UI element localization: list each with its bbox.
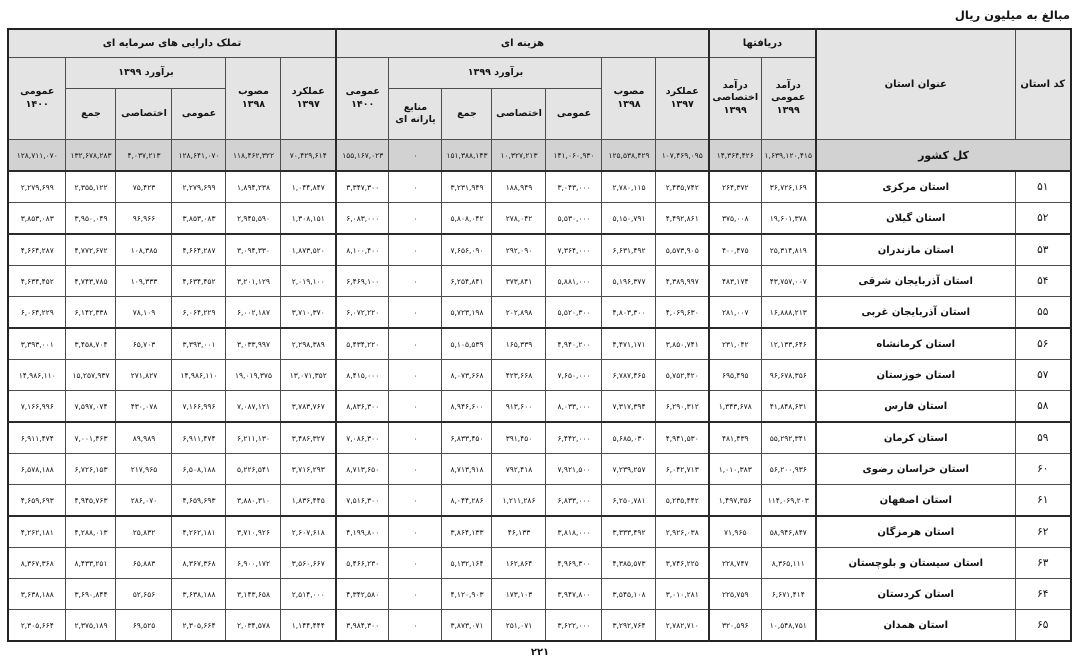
province-name: استان آذربایجان غربی (816, 297, 1015, 329)
table-body: کل کشور۱,۶۳۹,۱۲۰,۴۱۵۱۴,۳۶۴,۴۲۶۱۰۷,۴۶۹,۰۹… (8, 140, 1071, 642)
expense-est1399-total-cell: ۶,۸۳۳,۴۵۰ (442, 422, 492, 454)
capital-est1399-special-cell: ۷۵,۴۲۳ (116, 171, 172, 203)
revenue-general-1399-cell: ۱۱۴,۰۶۹,۲۰۳ (761, 485, 816, 517)
capital-approved-1398-cell: ۱,۸۹۴,۲۳۸ (226, 171, 281, 203)
capital-approved-1398-cell: ۳,۰۳۳,۹۹۷ (226, 328, 281, 360)
capital-perf-1397-cell: ۱,۸۷۳,۵۲۰ (281, 234, 336, 266)
expense-est1399-special-cell: ۱۶۵,۳۳۹ (492, 328, 546, 360)
capital-general-1400-cell: ۱۲۸,۷۱۱,۰۷۰ (8, 140, 66, 172)
expense-est1399-general-cell: ۵,۵۳۰,۰۰۰ (546, 203, 602, 235)
header-capital-perf-1397: عملکرد ۱۳۹۷ (281, 58, 336, 140)
budget-table: کد استان عنوان استان دریافتها هزینه ای ت… (7, 28, 1072, 642)
province-name: استان سیستان و بلوچستان (816, 548, 1015, 579)
expense-est1399-special-cell: ۲۷۸,۰۴۲ (492, 203, 546, 235)
province-name: استان مازندران (816, 234, 1015, 266)
expense-general-1400-cell: ۴,۳۴۲,۵۸۰ (336, 579, 389, 610)
revenue-special-1399-cell: ۴۸۱,۴۳۹ (709, 422, 761, 454)
header-expense-special: اختصاصی (492, 89, 546, 140)
capital-est1399-special-cell: ۴۳۰,۰۷۸ (116, 391, 172, 423)
province-code: ۵۵ (1015, 297, 1071, 329)
expense-subsidy-sources-cell: ۰ (389, 171, 442, 203)
province-code: ۵۷ (1015, 360, 1071, 391)
header-province-name: عنوان استان (816, 29, 1015, 140)
capital-general-1400-cell: ۶,۰۶۴,۲۲۹ (8, 297, 66, 329)
expense-est1399-general-cell: ۳,۸۱۸,۰۰۰ (546, 516, 602, 548)
capital-est1399-general-cell: ۴,۶۵۹,۶۹۳ (172, 485, 226, 517)
expense-perf-1397-cell: ۳,۰۱۰,۲۸۱ (656, 579, 709, 610)
expense-est1399-total-cell: ۸,۰۷۳,۶۶۸ (442, 360, 492, 391)
expense-est1399-special-cell: ۹۱۳,۶۰۰ (492, 391, 546, 423)
capital-est1399-total-cell: ۷,۵۹۷,۰۷۴ (66, 391, 116, 423)
expense-est1399-total-cell: ۸,۷۱۳,۹۱۸ (442, 454, 492, 485)
expense-subsidy-sources-cell: ۰ (389, 579, 442, 610)
document-page: مبالغ به میلیون ریال کد استان عنوان استا… (0, 0, 1080, 658)
expense-approved-1398-cell: ۴,۸۰۳,۳۰۰ (602, 297, 656, 329)
province-name: استان فارس (816, 391, 1015, 423)
revenue-special-1399-cell: ۷۱,۹۶۵ (709, 516, 761, 548)
header-expense-estimate-1399: برآورد ۱۳۹۹ (389, 58, 602, 89)
expense-est1399-total-cell: ۸,۰۴۴,۲۸۶ (442, 485, 492, 517)
capital-est1399-total-cell: ۳,۴۵۸,۷۰۴ (66, 328, 116, 360)
expense-perf-1397-cell: ۴,۳۸۹,۹۹۷ (656, 266, 709, 297)
capital-perf-1397-cell: ۳,۷۸۳,۷۶۷ (281, 391, 336, 423)
province-row: ۵۹استان کرمان۵۵,۲۹۲,۳۴۱۴۸۱,۴۳۹۴,۹۴۱,۵۳۰۵… (8, 422, 1071, 454)
province-code: ۵۶ (1015, 328, 1071, 360)
capital-est1399-total-cell: ۱۳۲,۶۷۸,۲۸۳ (66, 140, 116, 172)
capital-perf-1397-cell: ۲,۲۹۸,۳۸۹ (281, 328, 336, 360)
expense-est1399-total-cell: ۷,۶۵۶,۰۹۰ (442, 234, 492, 266)
revenue-general-1399-cell: ۱۰,۵۴۸,۷۵۱ (761, 610, 816, 642)
capital-perf-1397-cell: ۷۰,۴۲۹,۶۱۴ (281, 140, 336, 172)
capital-approved-1398-cell: ۶,۹۰۰,۱۷۲ (226, 548, 281, 579)
expense-perf-1397-cell: ۴,۰۶۹,۶۳۰ (656, 297, 709, 329)
expense-perf-1397-cell: ۲,۷۸۲,۷۱۰ (656, 610, 709, 642)
expense-approved-1398-cell: ۳,۲۹۲,۷۶۴ (602, 610, 656, 642)
revenue-special-1399-cell: ۱,۴۹۷,۳۵۶ (709, 485, 761, 517)
expense-general-1400-cell: ۱۵۵,۱۶۷,۰۲۳ (336, 140, 389, 172)
expense-subsidy-sources-cell: ۰ (389, 485, 442, 517)
revenue-special-1399-cell: ۱,۳۴۳,۶۷۸ (709, 391, 761, 423)
capital-general-1400-cell: ۱۴,۹۸۶,۱۱۰ (8, 360, 66, 391)
province-row: ۶۱استان اصفهان۱۱۴,۰۶۹,۲۰۳۱,۴۹۷,۳۵۶۵,۲۳۵,… (8, 485, 1071, 517)
province-name: استان کردستان (816, 579, 1015, 610)
expense-perf-1397-cell: ۵,۲۳۵,۴۴۲ (656, 485, 709, 517)
revenue-general-1399-cell: ۵۸,۹۴۶,۸۴۷ (761, 516, 816, 548)
expense-general-1400-cell: ۸,۷۱۳,۶۵۰ (336, 454, 389, 485)
expense-est1399-total-cell: ۸,۹۴۶,۶۰۰ (442, 391, 492, 423)
expense-est1399-total-cell: ۵,۷۲۳,۱۹۸ (442, 297, 492, 329)
province-row: ۵۸استان فارس۴۱,۸۴۸,۶۳۱۱,۳۴۳,۶۷۸۶,۲۹۰,۳۱۲… (8, 391, 1071, 423)
revenue-general-1399-cell: ۱۶,۸۸۸,۲۱۳ (761, 297, 816, 329)
expense-est1399-total-cell: ۱۵۱,۳۸۸,۱۴۳ (442, 140, 492, 172)
expense-general-1400-cell: ۶,۰۷۲,۲۲۰ (336, 297, 389, 329)
expense-perf-1397-cell: ۶,۲۹۰,۳۱۲ (656, 391, 709, 423)
expense-subsidy-sources-cell: ۰ (389, 548, 442, 579)
capital-est1399-special-cell: ۵۲,۶۵۶ (116, 579, 172, 610)
expense-approved-1398-cell: ۱۲۵,۵۳۸,۴۲۹ (602, 140, 656, 172)
revenue-general-1399-cell: ۴۱,۸۴۸,۶۳۱ (761, 391, 816, 423)
province-row: ۵۷استان خوزستان۹۶,۶۷۸,۳۵۶۶۹۵,۴۹۵۵,۷۵۲,۴۲… (8, 360, 1071, 391)
capital-est1399-general-cell: ۸,۳۶۷,۳۶۸ (172, 548, 226, 579)
expense-general-1400-cell: ۴,۱۹۹,۸۰۰ (336, 516, 389, 548)
expense-general-1400-cell: ۸,۸۳۶,۳۰۰ (336, 391, 389, 423)
capital-est1399-general-cell: ۴,۶۶۴,۲۸۷ (172, 234, 226, 266)
header-expense-approved-1398: مصوب ۱۳۹۸ (602, 58, 656, 140)
header-capital-group: تملک دارایی های سرمایه ای (8, 29, 336, 58)
revenue-special-1399-cell: ۴۰۰,۴۷۵ (709, 234, 761, 266)
capital-general-1400-cell: ۶,۹۱۱,۴۷۴ (8, 422, 66, 454)
capital-perf-1397-cell: ۳,۵۶۰,۶۶۷ (281, 548, 336, 579)
capital-est1399-special-cell: ۹۶,۹۶۶ (116, 203, 172, 235)
capital-est1399-general-cell: ۳,۸۵۳,۰۸۳ (172, 203, 226, 235)
capital-approved-1398-cell: ۲,۰۳۴,۵۷۸ (226, 610, 281, 642)
expense-est1399-general-cell: ۵,۸۸۱,۰۰۰ (546, 266, 602, 297)
capital-est1399-special-cell: ۶۹,۵۲۵ (116, 610, 172, 642)
expense-subsidy-sources-cell: ۰ (389, 391, 442, 423)
expense-perf-1397-cell: ۵,۷۵۲,۴۲۰ (656, 360, 709, 391)
expense-general-1400-cell: ۸,۴۱۵,۰۰۰ (336, 360, 389, 391)
capital-approved-1398-cell: ۶,۰۰۲,۱۸۷ (226, 297, 281, 329)
expense-est1399-special-cell: ۱۷۳,۱۰۳ (492, 579, 546, 610)
revenue-general-1399-cell: ۱۹,۶۰۱,۳۷۸ (761, 203, 816, 235)
header-revenue-general-1399: درآمد عمومی ۱۳۹۹ (761, 58, 816, 140)
expense-est1399-general-cell: ۷,۳۶۴,۰۰۰ (546, 234, 602, 266)
expense-approved-1398-cell: ۵,۶۸۵,۰۳۰ (602, 422, 656, 454)
capital-est1399-special-cell: ۱۰۹,۳۳۳ (116, 266, 172, 297)
capital-est1399-total-cell: ۳,۹۵۰,۰۴۹ (66, 203, 116, 235)
expense-est1399-total-cell: ۳,۸۶۴,۱۳۳ (442, 516, 492, 548)
capital-est1399-general-cell: ۱۲۸,۶۴۱,۰۷۰ (172, 140, 226, 172)
capital-perf-1397-cell: ۲,۰۱۹,۱۰۰ (281, 266, 336, 297)
expense-est1399-general-cell: ۶,۴۴۲,۰۰۰ (546, 422, 602, 454)
revenue-general-1399-cell: ۵۶,۲۰۰,۹۳۶ (761, 454, 816, 485)
capital-approved-1398-cell: ۶,۲۱۱,۱۳۰ (226, 422, 281, 454)
province-row: ۶۴استان کردستان۶,۶۷۱,۴۱۴۲۲۵,۷۵۹۳,۰۱۰,۲۸۱… (8, 579, 1071, 610)
province-name: استان آذربایجان شرقی (816, 266, 1015, 297)
revenue-special-1399-cell: ۲۸۱,۰۰۷ (709, 297, 761, 329)
expense-est1399-total-cell: ۵,۱۳۲,۱۶۴ (442, 548, 492, 579)
header-capital-total: جمع (66, 89, 116, 140)
expense-approved-1398-cell: ۶,۲۵۰,۷۸۱ (602, 485, 656, 517)
revenue-special-1399-cell: ۲۶۴,۳۷۲ (709, 171, 761, 203)
header-expense-total: جمع (442, 89, 492, 140)
expense-approved-1398-cell: ۳,۳۳۳,۴۹۲ (602, 516, 656, 548)
expense-est1399-total-cell: ۳,۸۷۳,۰۷۱ (442, 610, 492, 642)
expense-general-1400-cell: ۶,۰۸۳,۰۰۰ (336, 203, 389, 235)
expense-general-1400-cell: ۸,۱۰۰,۴۰۰ (336, 234, 389, 266)
capital-est1399-special-cell: ۷۸,۱۰۹ (116, 297, 172, 329)
expense-est1399-general-cell: ۳,۶۲۲,۰۰۰ (546, 610, 602, 642)
expense-est1399-special-cell: ۴۶,۱۳۳ (492, 516, 546, 548)
province-name: کل کشور (816, 140, 1071, 172)
province-code: ۶۲ (1015, 516, 1071, 548)
province-row: ۶۵استان همدان۱۰,۵۴۸,۷۵۱۳۲۰,۵۹۶۲,۷۸۲,۷۱۰۳… (8, 610, 1071, 642)
province-name: استان هرمزگان (816, 516, 1015, 548)
capital-est1399-general-cell: ۳,۶۳۸,۱۸۸ (172, 579, 226, 610)
expense-approved-1398-cell: ۴,۴۷۱,۱۷۱ (602, 328, 656, 360)
revenue-special-1399-cell: ۶۹۵,۴۹۵ (709, 360, 761, 391)
capital-approved-1398-cell: ۲,۹۴۵,۵۹۰ (226, 203, 281, 235)
capital-est1399-special-cell: ۴,۰۳۷,۲۱۳ (116, 140, 172, 172)
revenue-special-1399-cell: ۱۴,۳۶۴,۴۲۶ (709, 140, 761, 172)
revenue-general-1399-cell: ۶,۶۷۱,۴۱۴ (761, 579, 816, 610)
expense-est1399-special-cell: ۲۵۱,۰۷۱ (492, 610, 546, 642)
expense-est1399-general-cell: ۴,۹۶۹,۳۰۰ (546, 548, 602, 579)
expense-approved-1398-cell: ۷,۳۱۷,۳۹۴ (602, 391, 656, 423)
expense-perf-1397-cell: ۲,۴۳۵,۷۴۲ (656, 171, 709, 203)
province-code: ۶۰ (1015, 454, 1071, 485)
capital-est1399-special-cell: ۸۹,۹۸۹ (116, 422, 172, 454)
capital-perf-1397-cell: ۱,۰۴۴,۸۴۷ (281, 171, 336, 203)
expense-subsidy-sources-cell: ۰ (389, 454, 442, 485)
province-code: ۶۴ (1015, 579, 1071, 610)
province-code: ۵۱ (1015, 171, 1071, 203)
capital-general-1400-cell: ۴,۲۶۲,۱۸۱ (8, 516, 66, 548)
expense-perf-1397-cell: ۴,۴۹۲,۸۶۱ (656, 203, 709, 235)
province-row: ۶۰استان خراسان رضوی۵۶,۲۰۰,۹۳۶۱,۰۱۰,۳۸۳۶,… (8, 454, 1071, 485)
revenue-special-1399-cell: ۲۲۵,۷۵۹ (709, 579, 761, 610)
expense-general-1400-cell: ۳,۹۸۴,۳۰۰ (336, 610, 389, 642)
expense-subsidy-sources-cell: ۰ (389, 297, 442, 329)
header-capital-approved-1398: مصوب ۱۳۹۸ (226, 58, 281, 140)
expense-est1399-general-cell: ۷,۶۵۰,۰۰۰ (546, 360, 602, 391)
revenue-special-1399-cell: ۴۸۳,۱۷۴ (709, 266, 761, 297)
header-capital-general-1400: عمومی ۱۴۰۰ (8, 58, 66, 140)
province-code: ۵۹ (1015, 422, 1071, 454)
capital-perf-1397-cell: ۱۳,۰۷۱,۳۵۲ (281, 360, 336, 391)
header-revenue-special-1399: درآمد اختصاصی ۱۳۹۹ (709, 58, 761, 140)
capital-est1399-special-cell: ۲۷۱,۸۲۷ (116, 360, 172, 391)
province-code: ۵۳ (1015, 234, 1071, 266)
expense-perf-1397-cell: ۱۰۷,۴۶۹,۰۹۵ (656, 140, 709, 172)
expense-est1399-total-cell: ۴,۱۲۰,۹۰۳ (442, 579, 492, 610)
province-row: ۶۳استان سیستان و بلوچستان۸,۳۶۵,۱۱۱۲۲۸,۷۴… (8, 548, 1071, 579)
capital-general-1400-cell: ۷,۱۶۶,۹۹۶ (8, 391, 66, 423)
expense-subsidy-sources-cell: ۰ (389, 140, 442, 172)
expense-subsidy-sources-cell: ۰ (389, 610, 442, 642)
expense-general-1400-cell: ۳,۳۴۷,۳۰۰ (336, 171, 389, 203)
total-row: کل کشور۱,۶۳۹,۱۲۰,۴۱۵۱۴,۳۶۴,۴۲۶۱۰۷,۴۶۹,۰۹… (8, 140, 1071, 172)
header-expense-general: عمومی (546, 89, 602, 140)
capital-est1399-general-cell: ۶,۰۶۴,۲۲۹ (172, 297, 226, 329)
table-header: کد استان عنوان استان دریافتها هزینه ای ت… (8, 29, 1071, 140)
capital-approved-1398-cell: ۳,۲۰۱,۱۲۹ (226, 266, 281, 297)
revenue-special-1399-cell: ۳۷۵,۰۰۸ (709, 203, 761, 235)
expense-est1399-total-cell: ۵,۱۰۵,۵۳۹ (442, 328, 492, 360)
province-code: ۵۴ (1015, 266, 1071, 297)
header-expense-general-1400: عمومی ۱۴۰۰ (336, 58, 389, 140)
capital-perf-1397-cell: ۱,۳۰۸,۱۵۱ (281, 203, 336, 235)
capital-est1399-general-cell: ۴,۲۶۲,۱۸۱ (172, 516, 226, 548)
province-row: ۵۳استان مازندران۲۵,۳۱۴,۸۱۹۴۰۰,۴۷۵۵,۵۷۳,۹… (8, 234, 1071, 266)
expense-perf-1397-cell: ۶,۰۴۲,۷۱۳ (656, 454, 709, 485)
capital-approved-1398-cell: ۳,۸۸۰,۳۱۰ (226, 485, 281, 517)
capital-est1399-total-cell: ۶,۷۲۶,۱۵۳ (66, 454, 116, 485)
revenue-special-1399-cell: ۳۲۰,۵۹۶ (709, 610, 761, 642)
capital-est1399-general-cell: ۳,۳۹۳,۰۰۱ (172, 328, 226, 360)
revenue-special-1399-cell: ۲۳۱,۰۴۲ (709, 328, 761, 360)
page-number: ۲۲۱ (8, 647, 1072, 658)
province-row: ۵۶استان کرمانشاه۱۲,۱۳۳,۶۴۶۲۳۱,۰۴۲۳,۸۵۰,۷… (8, 328, 1071, 360)
expense-approved-1398-cell: ۶,۷۸۷,۴۶۵ (602, 360, 656, 391)
capital-general-1400-cell: ۴,۶۳۴,۴۵۲ (8, 266, 66, 297)
capital-approved-1398-cell: ۵,۲۲۶,۵۴۱ (226, 454, 281, 485)
revenue-general-1399-cell: ۳۶,۷۲۶,۱۶۹ (761, 171, 816, 203)
capital-approved-1398-cell: ۷,۰۸۷,۱۲۱ (226, 391, 281, 423)
revenue-general-1399-cell: ۵۵,۲۹۲,۳۴۱ (761, 422, 816, 454)
expense-est1399-special-cell: ۲۰۲,۸۹۸ (492, 297, 546, 329)
capital-perf-1397-cell: ۱,۱۴۴,۴۴۴ (281, 610, 336, 642)
capital-general-1400-cell: ۸,۳۶۷,۳۶۸ (8, 548, 66, 579)
capital-general-1400-cell: ۴,۶۶۴,۲۸۷ (8, 234, 66, 266)
expense-general-1400-cell: ۵,۴۶۶,۲۳۰ (336, 548, 389, 579)
header-receipts-group: دریافتها (709, 29, 816, 58)
expense-est1399-general-cell: ۸,۰۳۳,۰۰۰ (546, 391, 602, 423)
expense-est1399-special-cell: ۱۰,۳۲۷,۲۱۳ (492, 140, 546, 172)
header-expense-group: هزینه ای (336, 29, 709, 58)
expense-perf-1397-cell: ۲,۹۲۶,۰۳۸ (656, 516, 709, 548)
capital-est1399-special-cell: ۲۱۷,۹۶۵ (116, 454, 172, 485)
capital-general-1400-cell: ۲,۲۷۹,۶۹۹ (8, 171, 66, 203)
expense-subsidy-sources-cell: ۰ (389, 203, 442, 235)
revenue-general-1399-cell: ۱,۶۳۹,۱۲۰,۴۱۵ (761, 140, 816, 172)
expense-est1399-total-cell: ۳,۲۳۱,۹۴۹ (442, 171, 492, 203)
capital-general-1400-cell: ۴,۶۵۹,۶۹۳ (8, 485, 66, 517)
expense-approved-1398-cell: ۵,۱۹۶,۳۷۷ (602, 266, 656, 297)
province-name: استان اصفهان (816, 485, 1015, 517)
capital-est1399-special-cell: ۶۵,۸۸۳ (116, 548, 172, 579)
expense-subsidy-sources-cell: ۰ (389, 360, 442, 391)
expense-general-1400-cell: ۷,۵۱۶,۳۰۰ (336, 485, 389, 517)
capital-est1399-general-cell: ۴,۶۳۴,۴۵۲ (172, 266, 226, 297)
capital-est1399-general-cell: ۲,۲۷۹,۶۹۹ (172, 171, 226, 203)
capital-approved-1398-cell: ۳,۷۱۰,۹۲۶ (226, 516, 281, 548)
expense-general-1400-cell: ۵,۴۳۴,۲۲۰ (336, 328, 389, 360)
expense-est1399-special-cell: ۱۶۲,۸۶۴ (492, 548, 546, 579)
header-expense-subsidy-sources: منابع یارانه ای (389, 89, 442, 140)
province-row: ۵۵استان آذربایجان غربی۱۶,۸۸۸,۲۱۳۲۸۱,۰۰۷۴… (8, 297, 1071, 329)
capital-est1399-total-cell: ۴,۷۴۳,۷۸۵ (66, 266, 116, 297)
capital-est1399-total-cell: ۸,۴۳۳,۲۵۱ (66, 548, 116, 579)
expense-perf-1397-cell: ۳,۷۴۶,۲۲۵ (656, 548, 709, 579)
capital-est1399-total-cell: ۶,۱۴۲,۳۳۸ (66, 297, 116, 329)
capital-perf-1397-cell: ۲,۶۰۷,۶۱۸ (281, 516, 336, 548)
expense-est1399-special-cell: ۲۹۲,۰۹۰ (492, 234, 546, 266)
province-name: استان خراسان رضوی (816, 454, 1015, 485)
expense-general-1400-cell: ۶,۴۶۹,۱۰۰ (336, 266, 389, 297)
revenue-general-1399-cell: ۴۳,۷۵۷,۰۰۷ (761, 266, 816, 297)
capital-est1399-total-cell: ۴,۹۴۵,۷۶۳ (66, 485, 116, 517)
expense-approved-1398-cell: ۵,۱۵۰,۷۹۱ (602, 203, 656, 235)
header-expense-perf-1397: عملکرد ۱۳۹۷ (656, 58, 709, 140)
capital-perf-1397-cell: ۳,۷۱۶,۲۹۳ (281, 454, 336, 485)
capital-approved-1398-cell: ۳,۰۹۴,۳۳۰ (226, 234, 281, 266)
revenue-general-1399-cell: ۱۲,۱۳۳,۶۴۶ (761, 328, 816, 360)
capital-perf-1397-cell: ۲,۵۱۴,۰۰۰ (281, 579, 336, 610)
revenue-general-1399-cell: ۲۵,۳۱۴,۸۱۹ (761, 234, 816, 266)
expense-est1399-general-cell: ۵,۵۲۰,۳۰۰ (546, 297, 602, 329)
header-capital-estimate-1399: برآورد ۱۳۹۹ (66, 58, 226, 89)
province-name: استان کرمان (816, 422, 1015, 454)
capital-perf-1397-cell: ۳,۷۱۰,۳۷۰ (281, 297, 336, 329)
capital-perf-1397-cell: ۱,۸۳۶,۴۴۵ (281, 485, 336, 517)
capital-general-1400-cell: ۳,۳۹۳,۰۰۱ (8, 328, 66, 360)
province-name: استان گیلان (816, 203, 1015, 235)
province-row: ۵۱استان مرکزی۳۶,۷۲۶,۱۶۹۲۶۴,۳۷۲۲,۴۳۵,۷۴۲۲… (8, 171, 1071, 203)
expense-approved-1398-cell: ۲,۷۸۰,۱۱۵ (602, 171, 656, 203)
expense-approved-1398-cell: ۶,۶۳۱,۴۹۲ (602, 234, 656, 266)
province-code: ۵۸ (1015, 391, 1071, 423)
expense-est1399-general-cell: ۱۴۱,۰۶۰,۹۳۰ (546, 140, 602, 172)
capital-approved-1398-cell: ۱۱۸,۴۶۲,۳۲۲ (226, 140, 281, 172)
capital-approved-1398-cell: ۳,۱۴۳,۶۵۸ (226, 579, 281, 610)
expense-est1399-general-cell: ۷,۹۲۱,۵۰۰ (546, 454, 602, 485)
capital-general-1400-cell: ۲,۳۰۵,۶۶۴ (8, 610, 66, 642)
revenue-general-1399-cell: ۸,۳۶۵,۱۱۱ (761, 548, 816, 579)
province-name: استان کرمانشاه (816, 328, 1015, 360)
expense-est1399-general-cell: ۳,۰۴۳,۰۰۰ (546, 171, 602, 203)
province-code: ۶۱ (1015, 485, 1071, 517)
expense-est1399-general-cell: ۴,۹۴۰,۲۰۰ (546, 328, 602, 360)
capital-approved-1398-cell: ۱۹,۰۱۹,۳۷۵ (226, 360, 281, 391)
capital-est1399-total-cell: ۴,۷۷۲,۶۷۲ (66, 234, 116, 266)
expense-perf-1397-cell: ۳,۸۵۰,۷۴۱ (656, 328, 709, 360)
page-title: مبالغ به میلیون ریال (8, 8, 1070, 22)
capital-est1399-special-cell: ۲۸۶,۰۷۰ (116, 485, 172, 517)
capital-est1399-special-cell: ۱۰۸,۳۸۵ (116, 234, 172, 266)
expense-perf-1397-cell: ۵,۵۷۳,۹۰۵ (656, 234, 709, 266)
province-code: ۶۵ (1015, 610, 1071, 642)
capital-est1399-total-cell: ۳,۶۹۰,۸۴۴ (66, 579, 116, 610)
expense-est1399-special-cell: ۳۹۱,۴۵۰ (492, 422, 546, 454)
capital-est1399-special-cell: ۶۵,۷۰۳ (116, 328, 172, 360)
expense-est1399-general-cell: ۶,۸۳۳,۰۰۰ (546, 485, 602, 517)
expense-subsidy-sources-cell: ۰ (389, 422, 442, 454)
expense-perf-1397-cell: ۴,۹۴۱,۵۳۰ (656, 422, 709, 454)
capital-est1399-general-cell: ۶,۹۱۱,۴۷۴ (172, 422, 226, 454)
capital-general-1400-cell: ۶,۵۷۸,۱۸۸ (8, 454, 66, 485)
capital-est1399-general-cell: ۷,۱۶۶,۹۹۶ (172, 391, 226, 423)
capital-est1399-general-cell: ۶,۵۰۸,۱۸۸ (172, 454, 226, 485)
province-name: استان مرکزی (816, 171, 1015, 203)
expense-approved-1398-cell: ۴,۳۸۵,۵۷۳ (602, 548, 656, 579)
capital-est1399-total-cell: ۷,۰۰۱,۴۶۳ (66, 422, 116, 454)
capital-perf-1397-cell: ۳,۴۸۶,۳۲۷ (281, 422, 336, 454)
capital-general-1400-cell: ۳,۸۵۳,۰۸۳ (8, 203, 66, 235)
province-code: ۶۳ (1015, 548, 1071, 579)
header-capital-special: اختصاصی (116, 89, 172, 140)
province-row: ۵۲استان گیلان۱۹,۶۰۱,۳۷۸۳۷۵,۰۰۸۴,۴۹۲,۸۶۱۵… (8, 203, 1071, 235)
expense-subsidy-sources-cell: ۰ (389, 234, 442, 266)
header-capital-general: عمومی (172, 89, 226, 140)
expense-subsidy-sources-cell: ۰ (389, 266, 442, 297)
province-name: استان خوزستان (816, 360, 1015, 391)
expense-est1399-special-cell: ۷۹۲,۴۱۸ (492, 454, 546, 485)
province-row: ۵۴استان آذربایجان شرقی۴۳,۷۵۷,۰۰۷۴۸۳,۱۷۴۴… (8, 266, 1071, 297)
revenue-special-1399-cell: ۱,۰۱۰,۳۸۳ (709, 454, 761, 485)
expense-approved-1398-cell: ۷,۲۳۹,۲۵۷ (602, 454, 656, 485)
capital-est1399-total-cell: ۲,۳۷۵,۱۸۹ (66, 610, 116, 642)
header-province-code: کد استان (1015, 29, 1071, 140)
province-code: ۵۲ (1015, 203, 1071, 235)
expense-est1399-special-cell: ۱,۲۱۱,۲۸۶ (492, 485, 546, 517)
revenue-special-1399-cell: ۲۲۸,۷۴۷ (709, 548, 761, 579)
expense-subsidy-sources-cell: ۰ (389, 516, 442, 548)
expense-general-1400-cell: ۷,۰۸۶,۳۰۰ (336, 422, 389, 454)
expense-approved-1398-cell: ۳,۵۴۵,۱۰۸ (602, 579, 656, 610)
expense-subsidy-sources-cell: ۰ (389, 328, 442, 360)
province-name: استان همدان (816, 610, 1015, 642)
